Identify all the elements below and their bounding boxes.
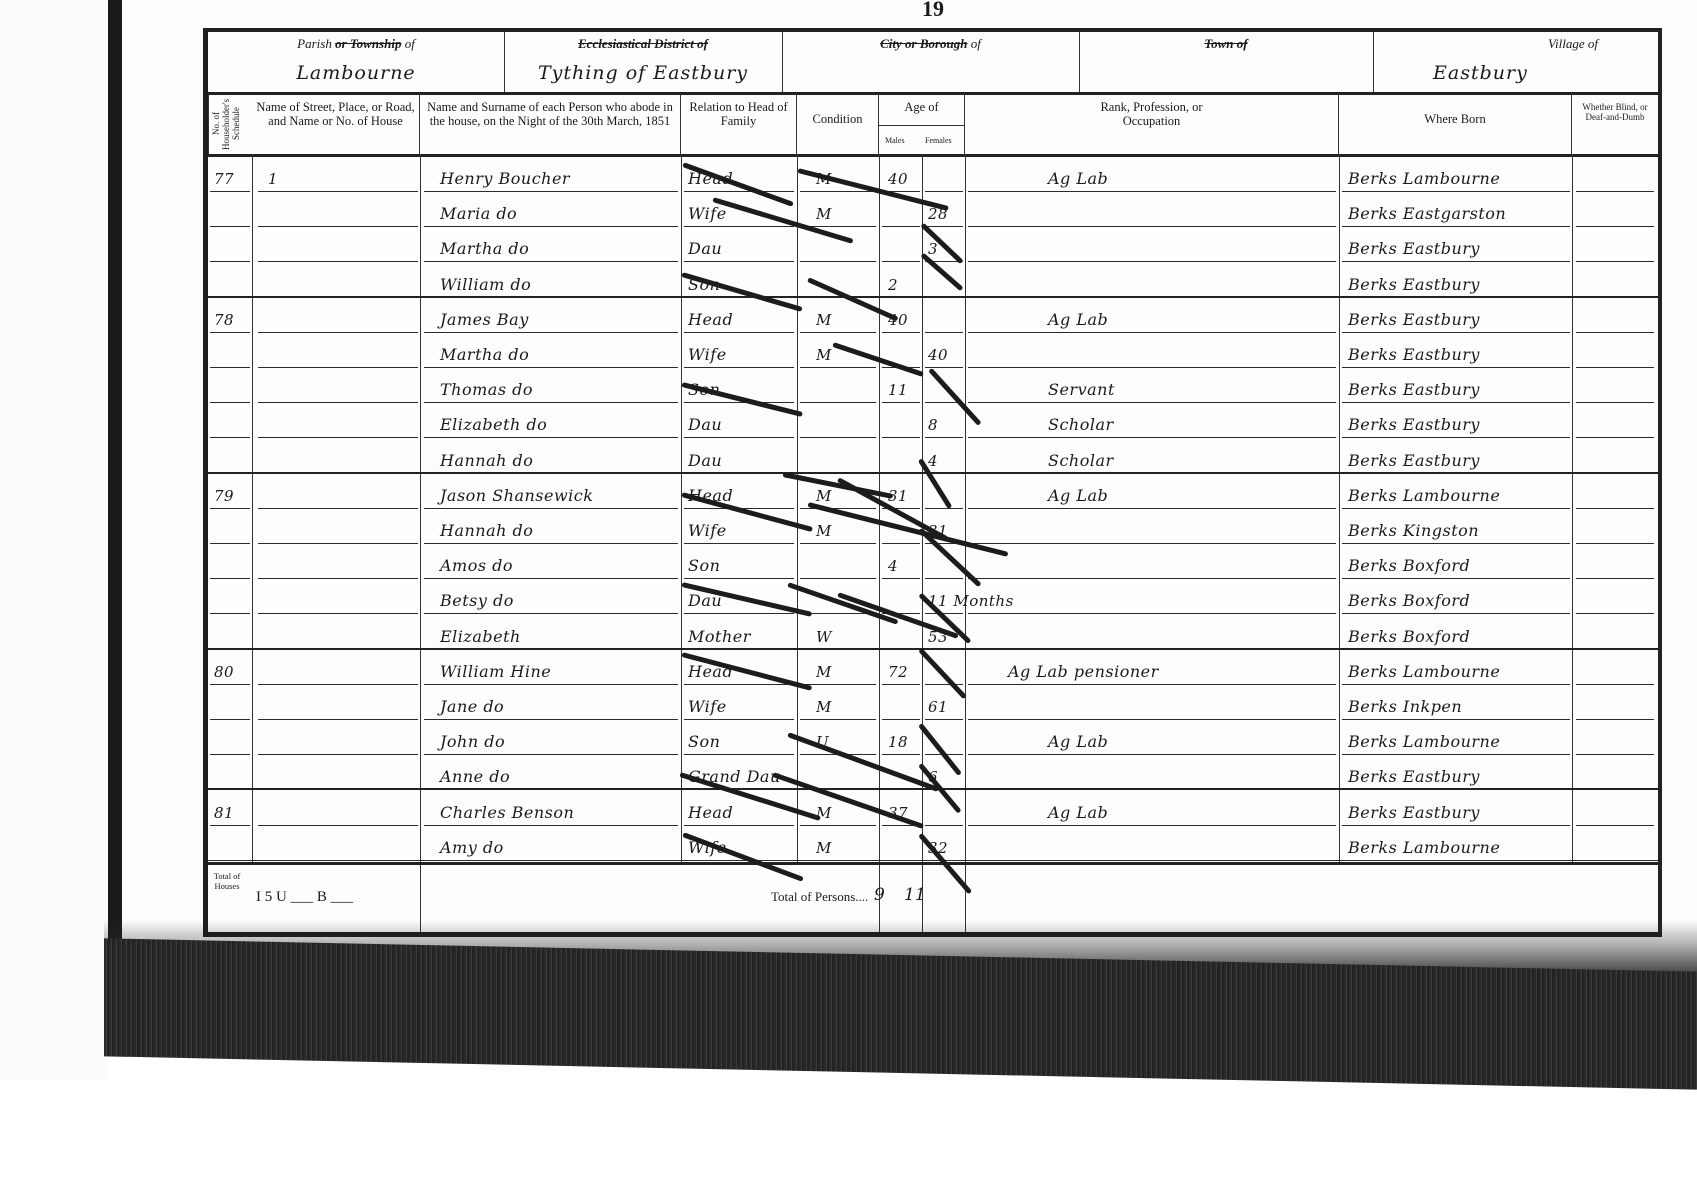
table-row: 771Henry BoucherHeadM40Ag LabBerks Lambo… [208,157,1658,192]
cell-age-males: 40 [888,170,908,188]
cell-name: Henry Boucher [440,169,570,188]
age-divider [879,125,964,126]
cell-occupation: Ag Lab [1048,732,1108,751]
col-occupation: Rank, Profession, or Occupation [965,94,1339,154]
cell-born: Berks Lambourne [1348,732,1500,751]
cell-relation: Son [688,732,720,751]
cell-schedule: 78 [214,311,234,329]
village-value: Eastbury [1373,62,1658,84]
parish-cell: Parish or Township of Lambourne [208,32,505,92]
cell-condition: W [816,628,832,646]
household-rule [208,860,1658,861]
cell-born: Berks Eastbury [1348,451,1480,470]
cell-name: Hannah do [440,521,533,540]
cell-born: Berks Lambourne [1348,169,1500,188]
cell-age-females: 3 [928,240,938,258]
cell-born: Berks Kingston [1348,521,1479,540]
cell-born: Berks Eastbury [1348,803,1480,822]
col-age-label: Age of [904,100,938,114]
page-number: 19 [922,0,944,22]
cell-occupation: Servant [1048,380,1115,399]
col-blind: Whether Blind, or Deaf-and-Dumb [1572,94,1658,154]
cell-name: John do [440,732,505,751]
city-label: City or Borough of [782,36,1079,52]
place-header: Parish or Township of Lambourne Ecclesia… [208,32,1658,95]
town-label: Town of [1079,36,1373,52]
cell-condition: M [816,346,832,364]
cell-relation: Son [688,556,720,575]
cell-name: Amos do [440,556,513,575]
cell-relation: Wife [688,345,727,364]
cell-born: Berks Eastgarston [1348,204,1506,223]
cell-born: Berks Lambourne [1348,486,1500,505]
scan-shadow-edge [108,0,122,940]
ecclesiastical-cell: Ecclesiastical District of Tything of Ea… [504,32,783,92]
cell-name: Jane do [440,697,504,716]
cell-name: Charles Benson [440,803,574,822]
cell-relation: Mother [688,627,751,646]
cell-age-females: 11 Months [928,592,1014,610]
cell-name: Betsy do [440,591,514,610]
cell-born: Berks Eastbury [1348,345,1480,364]
cell-born: Berks Lambourne [1348,838,1500,857]
cell-name: James Bay [440,310,529,329]
cell-age-males: 18 [888,733,908,751]
ecclesiastical-value: Tything of Eastbury [504,62,782,84]
cell-occupation: Ag Lab [1048,169,1108,188]
parish-label: Parish or Township of [208,36,504,52]
town-cell: Town of [1079,32,1374,92]
cell-name: Hannah do [440,451,533,470]
cell-condition: M [816,487,832,505]
cell-relation: Wife [688,697,727,716]
cell-relation: Dau [688,415,722,434]
cell-relation: Dau [688,239,722,258]
cell-born: Berks Eastbury [1348,415,1480,434]
total-females: 11 [904,885,926,905]
cell-schedule: 81 [214,804,234,822]
cell-condition: M [816,522,832,540]
cell-born: Berks Lambourne [1348,662,1500,681]
cell-born: Berks Boxford [1348,591,1470,610]
cell-occupation: Ag Lab [1048,803,1108,822]
cell-age-females: 61 [928,698,948,716]
col-born: Where Born [1339,94,1572,154]
cell-born: Berks Eastbury [1348,767,1480,786]
cell-age-males: 72 [888,663,908,681]
cell-occupation: Ag Lab [1048,310,1108,329]
total-persons-label: Total of Persons.... [771,889,868,905]
cell-age-males: 2 [888,276,898,294]
cell-name: Thomas do [440,380,533,399]
col-street: Name of Street, Place, or Road, and Name… [252,94,420,154]
cell-age-females: 4 [928,452,938,470]
total-houses-label: Total of Houses [212,871,242,891]
cell-relation: Wife [688,204,727,223]
cell-occupation: Ag Lab pensioner [1008,662,1159,681]
cell-condition: M [816,698,832,716]
cell-born: Berks Eastbury [1348,275,1480,294]
cell-name: William Hine [440,662,551,681]
cell-age-females: 8 [928,416,938,434]
cell-born: Berks Boxford [1348,627,1470,646]
cell-name: Martha do [440,345,529,364]
col-age-females: Females [925,134,952,148]
cell-born: Berks Eastbury [1348,380,1480,399]
cell-name: Jason Shansewick [440,486,593,505]
table-row: Martha doWifeM40Berks Eastbury [208,333,1658,368]
cell-occupation: Scholar [1048,415,1114,434]
cell-condition: M [816,205,832,223]
col-name: Name and Surname of each Person who abod… [420,94,681,154]
cell-condition: M [816,311,832,329]
table-row: Hannah doDau4ScholarBerks Eastbury [208,439,1658,474]
table-row: 81Charles BensonHeadM37Ag LabBerks Eastb… [208,791,1658,826]
total-houses-value: I 5 U ___ B ___ [256,889,353,906]
city-cell: City or Borough of [782,32,1080,92]
cell-schedule: 79 [214,487,234,505]
scan-margin [0,0,108,1080]
total-males: 9 [874,885,885,905]
cell-occupation: Scholar [1048,451,1114,470]
cell-name: Elizabeth [440,627,521,646]
col-relation: Relation to Head of Family [681,94,797,154]
cell-born: Berks Inkpen [1348,697,1462,716]
col-schedule: No. of Householder's Schedule [208,94,252,154]
cell-relation: Head [688,310,733,329]
cell-name: Martha do [440,239,529,258]
village-label: Village of [1373,36,1658,52]
cell-condition: M [816,663,832,681]
col-age-males: Males [885,134,905,148]
cell-street: 1 [268,170,278,188]
cell-born: Berks Eastbury [1348,310,1480,329]
table-row: Amos doSon4Berks Boxford [208,544,1658,579]
cell-name: Anne do [440,767,510,786]
table-row: Jane doWifeM61Berks Inkpen [208,685,1658,720]
table-row: Elizabeth doDau8ScholarBerks Eastbury [208,403,1658,438]
cell-relation: Dau [688,451,722,470]
village-cell: Village of Eastbury [1373,32,1658,92]
table-row: Amy doWifeM32Berks Lambourne [208,826,1658,861]
totals-row: Total of Houses I 5 U ___ B ___ Total of… [208,862,1658,935]
col-age: Age of Males Females [879,94,965,154]
cell-schedule: 77 [214,170,234,188]
cell-name: Elizabeth do [440,415,547,434]
cell-condition: M [816,839,832,857]
cell-name: Maria do [440,204,517,223]
ecclesiastical-label: Ecclesiastical District of [504,36,782,52]
cell-occupation: Ag Lab [1048,486,1108,505]
cell-age-females: 40 [928,346,948,364]
cell-relation: Head [688,803,733,822]
table-row: ElizabethMotherW53Berks Boxford [208,615,1658,650]
col-condition: Condition [797,94,879,154]
cell-age-males: 4 [888,557,898,575]
cell-born: Berks Boxford [1348,556,1470,575]
census-form: Parish or Township of Lambourne Ecclesia… [203,28,1662,937]
cell-name: Amy do [440,838,504,857]
cell-name: William do [440,275,531,294]
cell-age-males: 11 [888,381,908,399]
table-row: 78James BayHeadM40Ag LabBerks Eastbury [208,298,1658,333]
cell-relation: Wife [688,521,727,540]
table-row: Maria doWifeM28Berks Eastgarston [208,192,1658,227]
cell-born: Berks Eastbury [1348,239,1480,258]
parish-value: Lambourne [208,62,504,84]
cell-schedule: 80 [214,663,234,681]
